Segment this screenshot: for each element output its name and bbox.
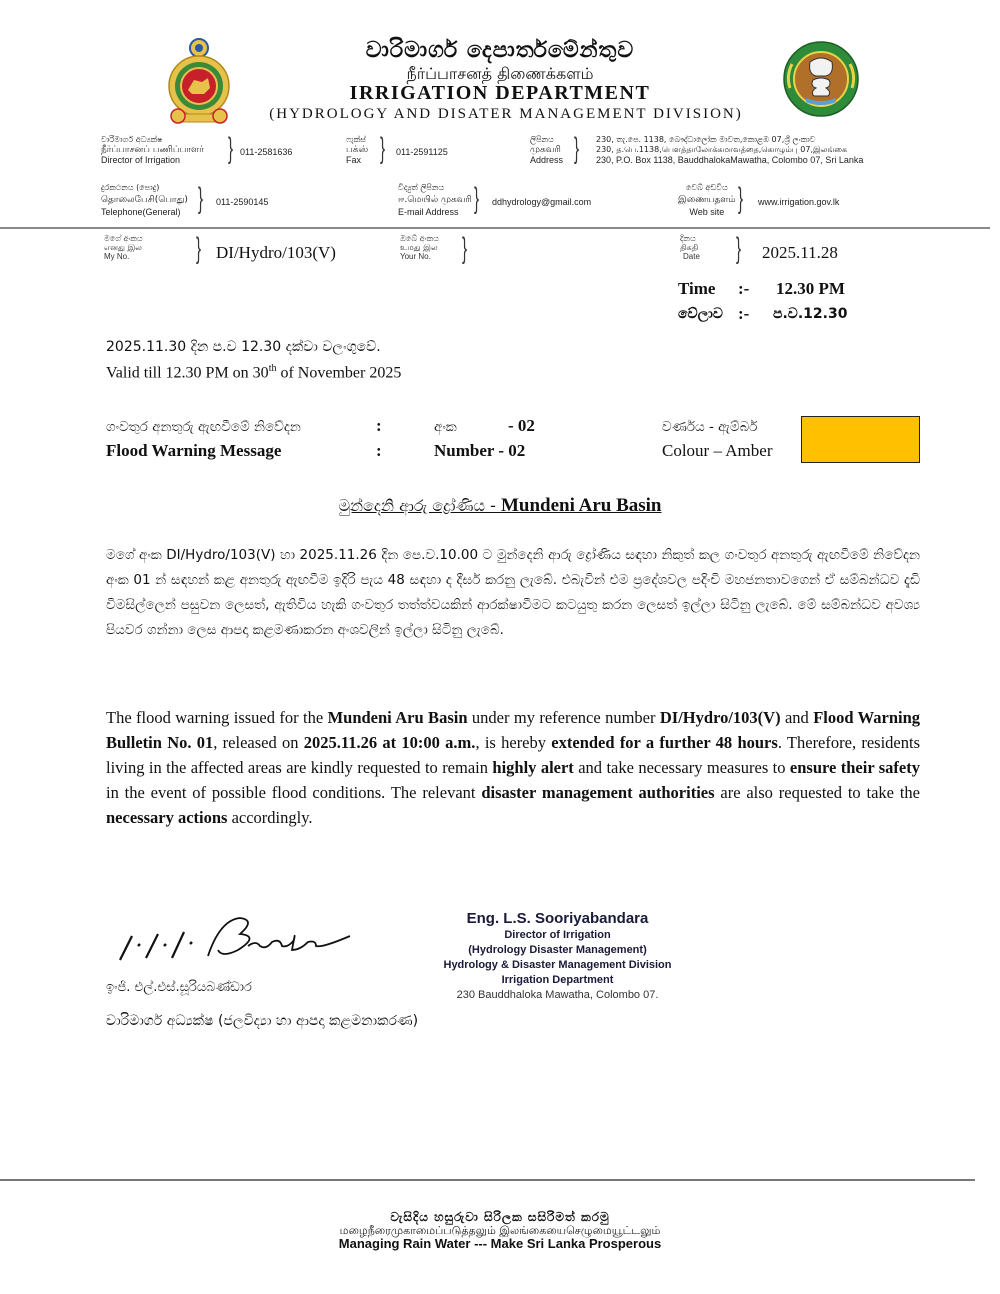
stamp-line2: (Hydrology Disaster Management)	[430, 943, 685, 958]
website-label-en: Web site	[678, 207, 736, 217]
address-line-en: 230, P.O. Box 1138, BauddhalokaMawatha, …	[596, 155, 863, 165]
telephone-label-en: Telephone(General)	[101, 207, 188, 217]
your-no-label-ta: உமது இல	[400, 243, 439, 252]
stamp-line3: Hydrology & Disaster Management Division	[430, 958, 685, 973]
fax-number: 011-2591125	[396, 147, 448, 157]
brace: }	[462, 234, 467, 264]
email-label-si: විද්‍යුත් ලිපිනය	[398, 183, 472, 193]
body-paragraph-si: මගේ අංක DI/Hydro/103(V) හා 2025.11.26 දි…	[106, 543, 920, 643]
telephone-label-si: දුරකථනය (පොදු)	[101, 183, 188, 193]
body-text: accordingly.	[227, 808, 312, 827]
message-colon-en: :	[376, 441, 382, 461]
number-value-si: - 02	[508, 416, 535, 436]
telephone-number: 011-2590145	[216, 197, 268, 207]
basin-title-si: මුන්දෙනි ආරු ද්‍රෝණිය -	[339, 496, 501, 515]
document-date: 2025.11.28	[762, 243, 838, 263]
time-label-en: Time	[678, 279, 715, 299]
brace: }	[196, 234, 201, 264]
irrigation-department-logo	[782, 40, 860, 118]
basin-title-en: Mundeni Aru Basin	[501, 495, 662, 516]
email-label: විද්‍යුත් ලිපිනය ஈ.மெயில் முகவரி E-mail …	[398, 183, 472, 217]
time-value-si: ප.ව.12.30	[773, 306, 847, 322]
footer-slogan-si: වැසිදිය හසුරුවා සිරිලක සසිරිමත් කරමු	[0, 1210, 1000, 1225]
brace: }	[738, 184, 743, 214]
stamp-line5: 230 Bauddhaloka Mawatha, Colombo 07.	[430, 988, 685, 1003]
signatory-name-si: ඉංජි. එල්.එස්.සූරියබණ්ඩාර	[106, 980, 252, 995]
brace: }	[198, 184, 203, 214]
time-sep-si: :-	[738, 304, 749, 324]
brace: }	[736, 234, 741, 264]
time-sep-en: :-	[738, 279, 749, 299]
director-label-en: Director of Irrigation	[101, 155, 204, 165]
footer-divider	[0, 1179, 975, 1181]
stamp-line4: Irrigation Department	[430, 973, 685, 988]
address-line-ta: 230, த.பெ.1138,பௌத்தாலோக்கமாவத்தை,கொழும்…	[596, 145, 863, 155]
stamp-line1: Director of Irrigation	[430, 928, 685, 943]
address-value: 230, තැ.පෙ. 1138, බෞද්ධාලෝක මාවත,කොළඹ 07…	[596, 135, 863, 165]
validity-en-prefix: Valid till 12.30 PM on 30	[106, 364, 269, 381]
website-label-si: වෙබ් අඩවිය	[678, 183, 736, 193]
brace: }	[574, 134, 579, 164]
emphasis-text: DI/Hydro/103(V)	[660, 708, 781, 727]
body-paragraph-en: The flood warning issued for the Mundeni…	[106, 705, 920, 830]
director-label: වාරිමාර්ග අධ්‍යක්ෂ நீர்ப்பாசனப் பணிப்பாள…	[101, 135, 204, 165]
brace: }	[474, 184, 479, 214]
director-label-si: වාරිමාර්ග අධ්‍යක්ෂ	[101, 135, 204, 145]
telephone-label-ta: தொலைபேசி(பொது)	[101, 195, 188, 205]
signature	[110, 910, 370, 970]
validity-si: 2025.11.30 දින ප.ව 12.30 දක්වා වලංගුවේ.	[106, 339, 381, 355]
emphasis-text: Mundeni Aru Basin	[328, 708, 468, 727]
title-sinhala: වාරිමාර්ග දෙපාර්තමේන්තුව	[250, 38, 750, 63]
body-text: under my reference number	[468, 708, 660, 727]
body-text: and take necessary measures to	[574, 758, 790, 777]
date-label-ta: திகதி	[680, 243, 700, 252]
address-label-ta: முகவரி	[530, 145, 563, 155]
brace: }	[380, 134, 385, 164]
number-en: Number - 02	[434, 441, 525, 461]
emphasis-text: necessary actions	[106, 808, 227, 827]
email-label-ta: ஈ.மெயில் முகவரி	[398, 195, 472, 205]
division-title: (HYDROLOGY AND DISATER MANAGEMENT DIVISI…	[236, 106, 776, 123]
your-no-label: ඔබේ අංකය உமது இல Your No.	[400, 234, 439, 261]
validity-en: Valid till 12.30 PM on 30th of November …	[106, 363, 401, 382]
website-label-ta: இணையதளம்	[678, 195, 736, 205]
date-label: දිනය திகதி Date	[680, 234, 700, 261]
brace: }	[228, 134, 233, 164]
email-label-en: E-mail Address	[398, 207, 472, 217]
director-phone: 011-2581636	[240, 147, 292, 157]
my-no-label: මගේ අංකය எனது இல My No.	[104, 234, 143, 261]
colour-label-si: වර්ණය - ඇම්බර්	[662, 419, 757, 435]
telephone-label: දුරකථනය (පොදු) தொலைபேசி(பொது) Telephone(…	[101, 183, 188, 217]
emphasis-text: extended for a further 48 hours	[551, 733, 778, 752]
body-text: are also requested to take the	[715, 783, 920, 802]
time-value-en: 12.30 PM	[776, 279, 845, 299]
fax-label-si: ෆැක්ස්	[346, 135, 368, 145]
body-text: , released on	[213, 733, 304, 752]
fax-label-ta: பக்ஸ்	[346, 145, 368, 155]
your-no-label-en: Your No.	[400, 252, 439, 261]
footer-slogan-en: Managing Rain Water --- Make Sri Lanka P…	[0, 1236, 1000, 1251]
official-stamp: Eng. L.S. Sooriyabandara Director of Irr…	[430, 910, 685, 1003]
my-no-label-en: My No.	[104, 252, 143, 261]
body-text: in the event of possible flood condition…	[106, 783, 481, 802]
address-line-si: 230, තැ.පෙ. 1138, බෞද්ධාලෝක මාවත,කොළඹ 07…	[596, 135, 863, 145]
amber-colour-swatch	[801, 416, 920, 463]
message-colon-si: :	[376, 416, 382, 436]
emphasis-text: highly alert	[492, 758, 573, 777]
colour-label-en: Colour – Amber	[662, 441, 773, 461]
address-label-si: ලිපිනය	[530, 135, 563, 145]
emphasis-text: disaster management authorities	[481, 783, 714, 802]
director-label-ta: நீர்ப்பாசனப் பணிப்பாளர்	[101, 145, 204, 155]
body-text: The flood warning issued for the	[106, 708, 328, 727]
validity-en-suffix: of November 2025	[276, 364, 401, 381]
sri-lanka-emblem-logo	[166, 36, 232, 128]
your-no-label-si: ඔබේ අංකය	[400, 234, 439, 243]
time-label-si: වේලාව	[678, 306, 723, 322]
emphasis-text: ensure their safety	[790, 758, 920, 777]
address-label: ලිපිනය முகவரி Address	[530, 135, 563, 165]
date-label-si: දිනය	[680, 234, 700, 243]
message-label-en: Flood Warning Message	[106, 441, 281, 461]
fax-label: ෆැක්ස් பக்ஸ் Fax	[346, 135, 368, 165]
body-text: and	[781, 708, 814, 727]
message-label-si: ගංවතුර අනතුරු ඇඟවීමේ නිවේදන	[106, 419, 301, 435]
number-label-si: අංක	[434, 419, 457, 435]
stamp-name: Eng. L.S. Sooriyabandara	[430, 910, 685, 928]
emphasis-text: 2025.11.26 at 10:00 a.m.	[304, 733, 476, 752]
basin-title: මුන්දෙනි ආරු ද්‍රෝණිය - Mundeni Aru Basi…	[0, 495, 1000, 517]
website-link[interactable]: www.irrigation.gov.lk	[758, 197, 839, 207]
address-label-en: Address	[530, 155, 563, 165]
my-reference-number: DI/Hydro/103(V)	[216, 243, 336, 263]
signatory-title-si: වාරිමාර්ග අධ්‍යක්ෂ (ජලවිද්‍යා හා ආපදා කළ…	[106, 1013, 418, 1029]
date-label-en: Date	[680, 252, 700, 261]
my-no-label-ta: எனது இல	[104, 243, 143, 252]
fax-label-en: Fax	[346, 155, 368, 165]
body-text: , is hereby	[475, 733, 551, 752]
header-divider	[0, 227, 990, 229]
my-no-label-si: මගේ අංකය	[104, 234, 143, 243]
website-label: වෙබ් අඩවිය இணையதளம் Web site	[678, 183, 736, 217]
email-link[interactable]: ddhydrology@gmail.com	[492, 197, 591, 207]
title-english: IRRIGATION DEPARTMENT	[250, 82, 750, 105]
